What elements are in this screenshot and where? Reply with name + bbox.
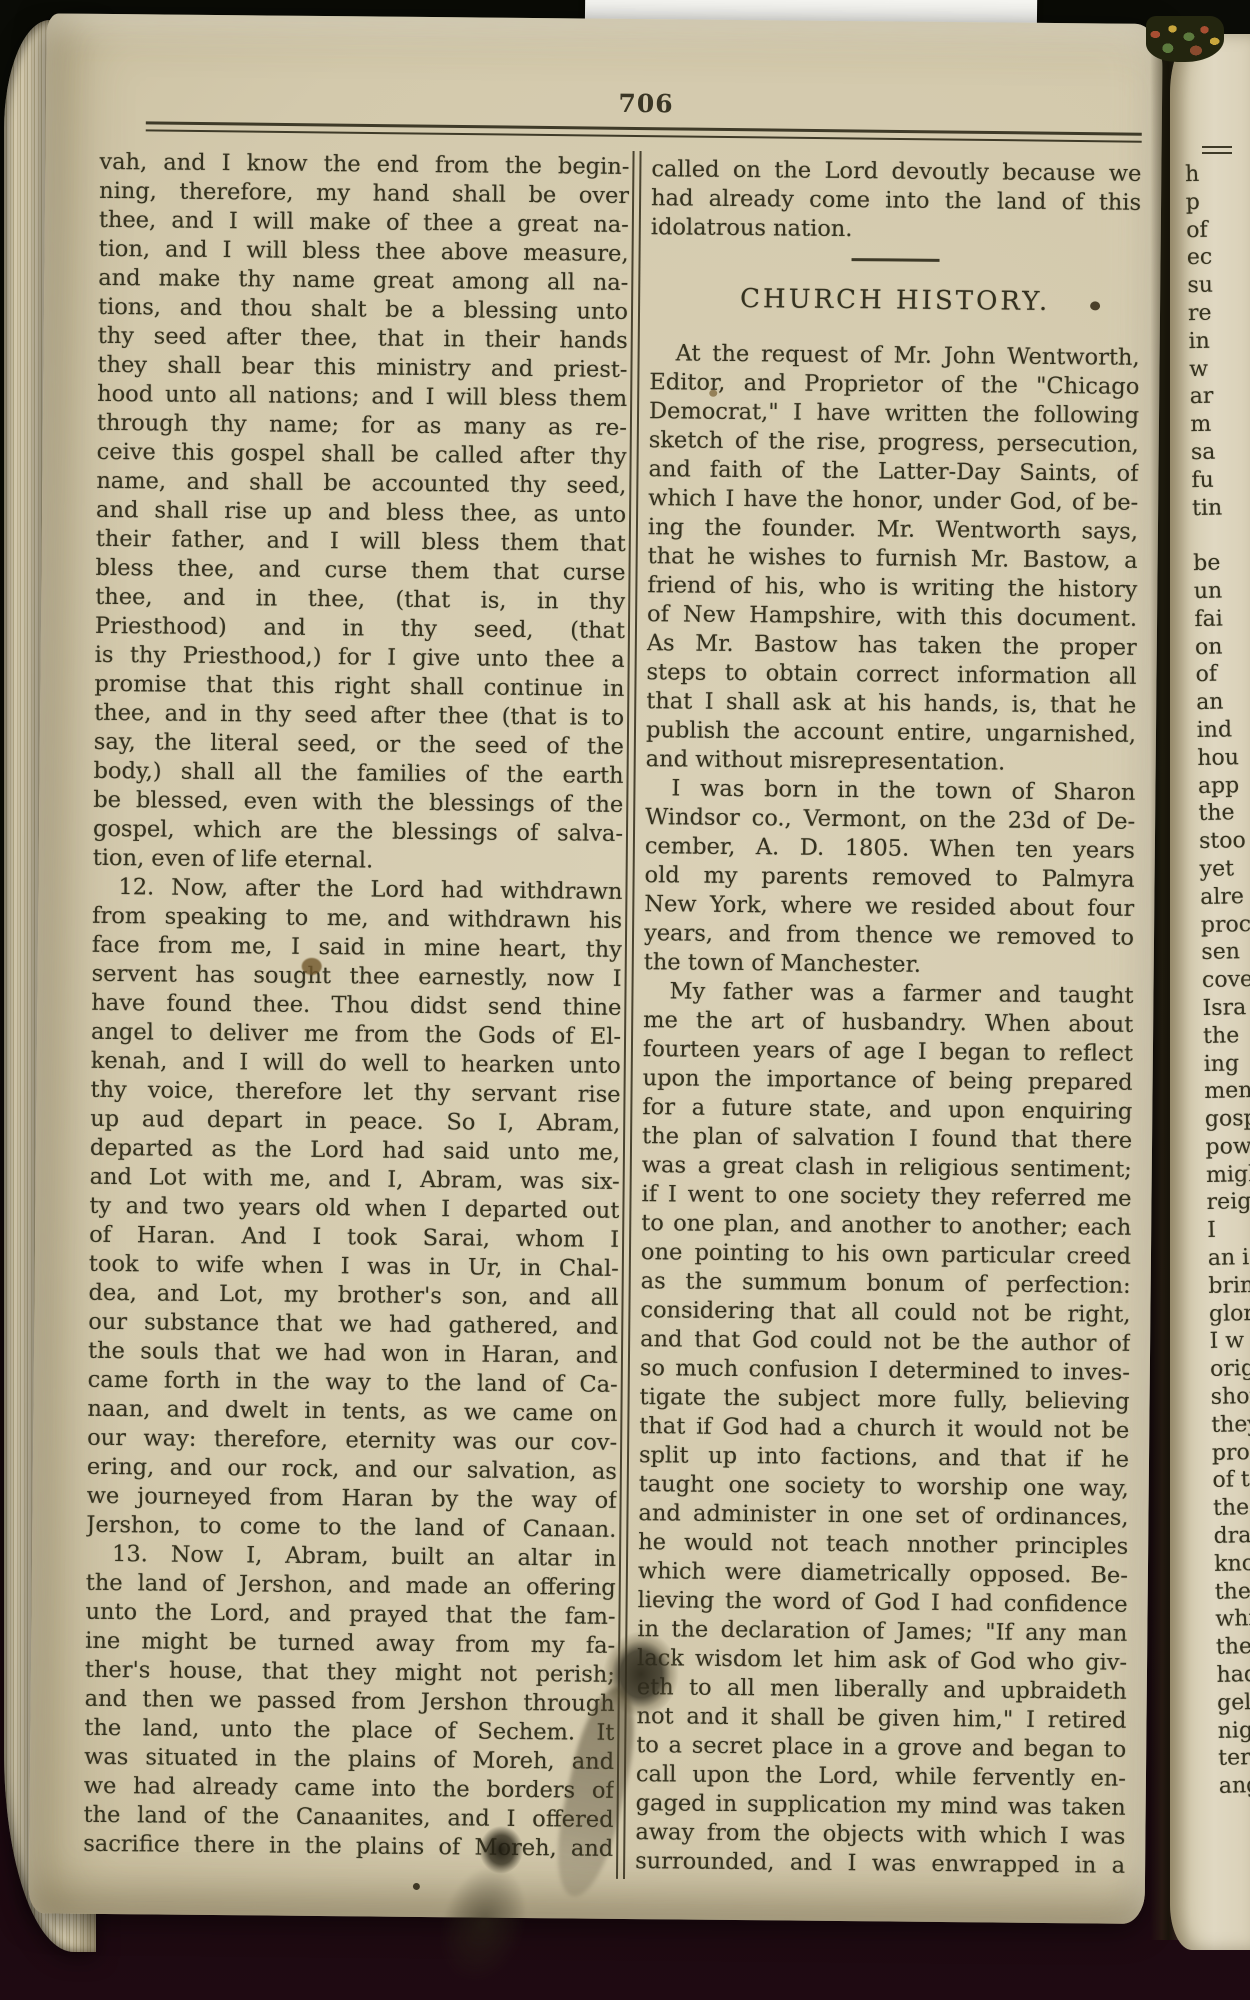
text-line: publish the account entire, ungarnished, [646,716,1136,750]
fragment-line: hou [1197,743,1250,773]
fragment-line: m [1190,409,1250,439]
text-line: was a great clash in religious sentiment… [642,1151,1132,1185]
fragment-line: an [1196,687,1250,717]
fragment-line: fu [1191,465,1250,495]
text-line: split up into factions, and that if he [639,1441,1129,1475]
fragment-line: fai [1194,604,1250,634]
ink-speck [709,390,717,397]
fragment-line [1192,520,1250,550]
fragment-line: know [1214,1549,1250,1579]
ink-speck [1090,301,1100,310]
right-column-top-paragraph: called on the Lord devoutly because weha… [651,155,1142,247]
fragment-line: on [1195,632,1250,662]
fragment-line: show [1210,1382,1250,1412]
fragment-line: had ex [1216,1660,1250,1690]
fragment-line: I w [1209,1326,1250,1356]
fragment-line: stoo [1199,826,1250,856]
text-line: I was born in the town of Sharon [645,774,1135,808]
fragment-line: tin [1192,493,1250,523]
text-line: for a future state, and upon enquiring [642,1093,1132,1127]
fragment-line: men [1204,1076,1250,1106]
text-line: to one plan, and another to another; eac… [641,1209,1131,1243]
facing-page-rule-fragment [1202,146,1232,154]
text-line: cember, A. D. 1805. When ten years [645,832,1135,866]
text-line: as the summum bonum of perfection: [641,1267,1131,1301]
fragment-line: yet [1199,854,1250,884]
fragment-line: proc [1201,910,1250,940]
section-rule [852,258,940,262]
text-line: so much confusion I determined to inves- [640,1354,1130,1388]
fragment-line: I [1207,1215,1250,1245]
fragment-line: Isra [1202,993,1250,1023]
fragment-line: draw. [1213,1521,1250,1551]
text-line: eth to all men liberally and upbraideth [637,1673,1127,1707]
facing-page-text-fragments: hpofecsureinwarmsafutin beunfaionofanind… [1185,159,1250,1801]
fragment-line: progr [1212,1438,1250,1468]
header-double-rule [146,121,1142,142]
fragment-line: there [1215,1577,1250,1607]
foxing-spot [302,958,322,975]
fragment-line: ter ha [1218,1743,1250,1773]
text-line: sacrifice there in the plains of Moreh, … [83,1830,613,1864]
facing-page-sliver: hpofecsureinwarmsafutin beunfaionofanind… [1170,34,1250,1950]
fragment-line: they [1211,1410,1250,1440]
marbled-edge-decoration [1146,16,1224,62]
fragment-line: origi [1210,1354,1250,1384]
text-line: if I went to one society they referred m… [641,1180,1131,1214]
text-line: lack wisdom let him ask of God who giv- [637,1644,1127,1678]
fragment-line: bring [1208,1271,1250,1301]
book-photo: 706 vah, and I know the end from the beg… [0,0,1250,2000]
fragment-line: migh [1206,1160,1250,1190]
text-line: in the declaration of James; "If any man [637,1615,1127,1649]
fragment-line: of th [1212,1465,1250,1495]
text-line: that I shall ask at his hands, is, that … [646,687,1136,721]
text-line: he would not teach nnother principles [638,1528,1128,1562]
fragment-line: in [1188,326,1250,356]
text-line: to a secret place in a grove and began t… [636,1731,1126,1765]
ink-speck [413,1883,420,1890]
text-line: which I have the honor, under God, of be… [648,484,1138,518]
fragment-line: of [1195,659,1250,689]
text-line: old my parents removed to Palmyra [644,861,1134,895]
fragment-line: of [1186,215,1250,245]
text-line: steps to obtain correct information all [646,658,1136,692]
fragment-line: app [1198,771,1250,801]
text-line: away from the objects with which I was [635,1818,1125,1852]
text-line: not and it shall be given him," I retire… [636,1702,1126,1736]
fragment-line: ec [1187,243,1250,273]
fragment-line: un [1194,576,1250,606]
text-line: and faith of the Latter-Day Saints, of [648,455,1138,489]
text-line: which were diametrically opposed. Be- [638,1557,1128,1591]
text-line: the plan of salvation I found that there [642,1122,1132,1156]
text-line: and without misrepresentation. [646,745,1136,779]
section-heading: CHURCH HISTORY. [650,283,1140,318]
fragment-line: which [1215,1604,1250,1634]
text-line: surrounded, and I was enwrapped in a [635,1847,1125,1881]
text-line: of New Hampshire, with this document. [647,600,1137,634]
fragment-line: the [1198,798,1250,828]
fragment-line: the b [1213,1493,1250,1523]
text-line: considering that all could not be right, [640,1296,1130,1330]
text-line: ing the founder. Mr. Wentworth says, [648,513,1138,547]
text-line: fourteen years of age I began to reflect [643,1035,1133,1069]
fragment-line: p [1185,187,1250,217]
text-line: call upon the Lord, while fervently en- [636,1760,1126,1794]
text-line: that if God had a church it would not be [639,1412,1129,1446]
book-page: 706 vah, and I know the end from the beg… [29,13,1163,1924]
text-line: sketch of the rise, progress, persecutio… [649,426,1139,460]
fragment-line: ing [1203,1048,1250,1078]
text-line: called on the Lord devoutly because we [651,155,1141,189]
right-text-column: called on the Lord devoutly because weha… [635,155,1141,1881]
text-line: gaged in supplication my mind was taken [636,1789,1126,1823]
text-line: the town of Manchester. [644,948,1134,982]
right-column-body: At the request of Mr. John Wentworth,Edi… [635,339,1140,1881]
fragment-line: su [1187,270,1250,300]
fragment-line: pow [1205,1132,1250,1162]
text-line: My father was a farmer and taught [643,977,1133,1011]
fragment-line: sa [1191,437,1250,467]
fragment-line: the [1203,1021,1250,1051]
text-line: Windsor co., Vermont, on the 23d of De- [645,803,1135,837]
text-line: and that God could not be the author of [640,1325,1130,1359]
text-line: tigate the subject more fully, believing [639,1383,1129,1417]
fragment-line: re [1188,298,1250,328]
text-line: At the request of Mr. John Wentworth, [649,339,1139,373]
fragment-line: reig [1206,1187,1250,1217]
text-line: and administer in one set of ordinances, [638,1499,1128,1533]
text-line: had already come into the land of this [651,184,1141,218]
text-line: taught one society to worship one way, [639,1470,1129,1504]
fragment-line: gosp [1205,1104,1250,1134]
left-text-column: vah, and I know the end from the begin-n… [83,148,629,1864]
page-number: 706 [584,88,708,118]
text-line: idolatrous nation. [651,213,1141,247]
text-line: years, and from thence we removed to [644,919,1134,953]
fragment-line: be [1193,548,1250,578]
text-line: Editor, and Proprietor of the "Chicago [649,368,1139,402]
text-line: that he wishes to furnish Mr. Bastow, a [648,542,1138,576]
fragment-line: night [1217,1715,1250,1745]
fragment-line: ind [1196,715,1250,745]
text-line: Democrat," I have written the following [649,397,1139,431]
fragment-line: an i [1208,1243,1250,1273]
fragment-line: h [1185,159,1250,189]
fragment-line: angels [1219,1771,1250,1801]
ink-blot-tail [426,1854,542,1994]
fragment-line: cove [1202,965,1250,995]
text-line: friend of his, who is writing the histor… [647,571,1137,605]
text-line: As Mr. Bastow has taken the proper [647,629,1137,663]
fragment-line: the re [1216,1632,1250,1662]
text-line: upon the importance of being prepared [643,1064,1133,1098]
fragment-line: sen [1201,937,1250,967]
text-line: me the art of husbandry. When about [643,1006,1133,1040]
fragment-line: ar [1189,382,1250,412]
text-line: New York, where we resided about four [644,890,1134,924]
text-line: one pointing to his own particular creed [641,1238,1131,1272]
fragment-line: glori [1209,1299,1250,1329]
fragment-line: w [1189,354,1250,384]
fragment-line: gel ap [1217,1688,1250,1718]
fragment-line: alre [1200,882,1250,912]
text-line: lieving the word of God I had confidence [638,1586,1128,1620]
